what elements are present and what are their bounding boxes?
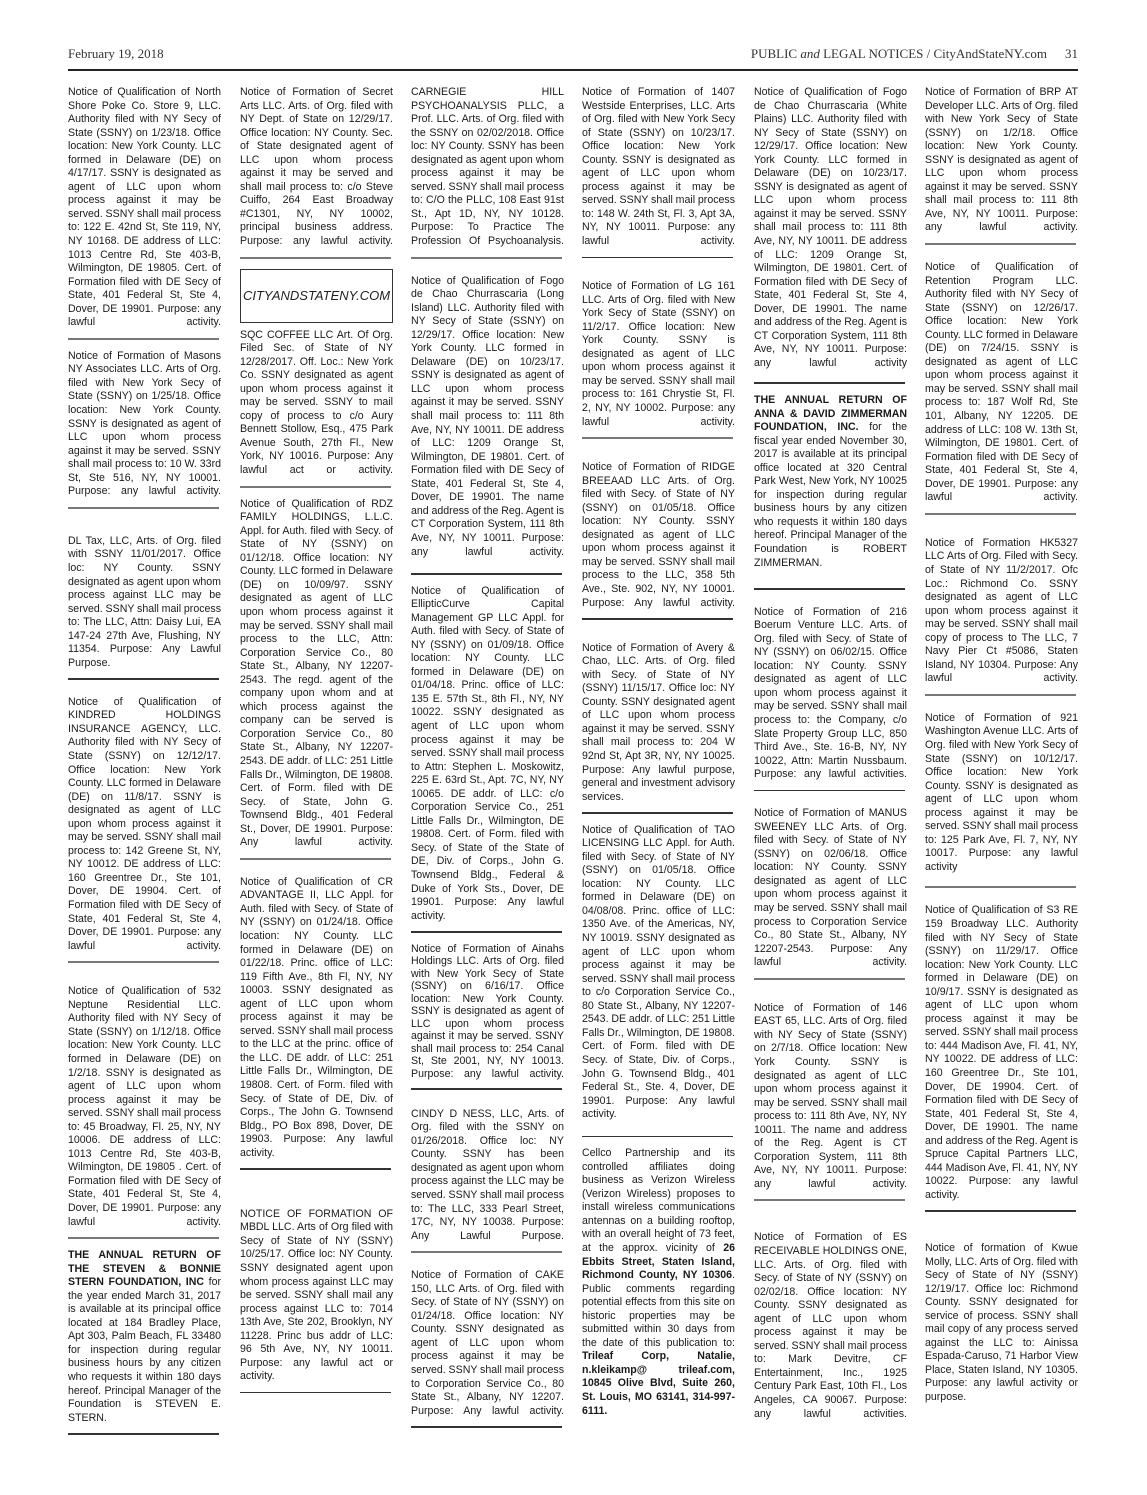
column-4: Notice of Formation of 1407 Westside Ent… — [582, 86, 735, 1418]
notice-body: Cellco Partnership and its controlled af… — [582, 1147, 735, 1254]
legal-notice-verizon: Cellco Partnership and its controlled af… — [582, 1147, 735, 1418]
divider — [754, 1199, 905, 1201]
divider — [925, 886, 1076, 888]
legal-notice: Notice of Formation of 921 Washington Av… — [925, 712, 1078, 875]
divider — [68, 961, 219, 963]
section-title-part: PUBLIC — [751, 46, 800, 61]
legal-notice: Notice of Formation of 146 EAST 65, LLC.… — [754, 1002, 907, 1192]
legal-notice: Notice of Formation of Masons NY Associa… — [68, 350, 221, 499]
legal-notice-foundation: THE ANNUAL RETURN OF THE STEVEN & BONNIE… — [68, 1249, 221, 1425]
legal-notice: SQC COFFEE LLC Art. Of Org. Filed Sec. o… — [240, 329, 393, 478]
divider — [582, 1136, 733, 1138]
divider — [411, 1426, 562, 1428]
divider — [754, 790, 905, 792]
legal-notice: Notice of Formation of MANUS SWEENEY LLC… — [754, 807, 907, 970]
legal-notice: Notice of Formation of RIDGE BREEAAD LLC… — [582, 461, 735, 610]
divider — [240, 1168, 391, 1170]
legal-notice: Notice of Formation of Ainahs Holdings L… — [411, 943, 564, 1081]
notice-heading: THE ANNUAL RETURN OF THE STEVEN & BONNIE… — [68, 1249, 221, 1288]
divider — [411, 1088, 562, 1090]
legal-notice: Notice of Qualification of KINDRED HOLDI… — [68, 696, 221, 953]
issue-date: February 19, 2018 — [68, 46, 164, 62]
divider — [240, 486, 391, 488]
divider — [240, 257, 391, 259]
legal-notice: CARNEGIE HILL PSYCHOANALYSIS PLLC, a Pro… — [411, 86, 564, 249]
legal-notice: Notice of Formation of ES RECEIVABLE HOL… — [754, 1231, 907, 1421]
legal-notice: Notice of Formation of BRP AT Developer … — [925, 86, 1078, 235]
notices-columns: Notice of Qualification of North Shore P… — [68, 86, 1084, 1486]
divider — [754, 978, 905, 980]
legal-notice-foundation: THE ANNUAL RETURN OF ANNA & DAVID ZIMMER… — [754, 394, 907, 570]
divider — [411, 257, 562, 259]
divider — [411, 1251, 562, 1253]
legal-notice: Notice of Formation of 216 Boerum Ventur… — [754, 606, 907, 782]
divider — [240, 1392, 391, 1394]
divider — [411, 931, 562, 933]
legal-notice: Notice of Formation of LG 161 LLC. Arts … — [582, 280, 735, 429]
divider — [754, 382, 905, 384]
divider — [582, 812, 733, 814]
divider — [240, 858, 391, 860]
legal-notice: Notice of Qualification of S3 RE 159 Bro… — [925, 904, 1078, 1202]
divider — [582, 257, 733, 259]
legal-notice: Notice of Qualification of EllipticCurve… — [411, 585, 564, 924]
divider — [68, 338, 219, 340]
divider — [925, 1210, 1076, 1212]
section-title-part: LEGAL NOTICES / CityAndStateNY.com — [820, 46, 1047, 61]
divider — [411, 573, 562, 575]
column-5: Notice of Qualification of Fogo de Chao … — [754, 86, 907, 1421]
legal-notice: Notice of Qualification of TAO LICENSING… — [582, 824, 735, 1122]
legal-notice: Notice of Qualification of 532 Neptune R… — [68, 985, 221, 1229]
legal-notice: Notice of Qualification of Fogo de Chao … — [411, 275, 564, 559]
column-3: CARNEGIE HILL PSYCHOANALYSIS PLLC, a Pro… — [411, 86, 564, 1438]
header-divider — [68, 69, 1078, 71]
divider — [754, 588, 905, 590]
page-number: 31 — [1065, 46, 1078, 61]
column-6: Notice of Formation of BRP AT Developer … — [925, 86, 1078, 1405]
legal-notice: Notice of Formation of 1407 Westside Ent… — [582, 86, 735, 249]
divider — [925, 513, 1076, 515]
divider — [925, 694, 1076, 696]
legal-notice: NOTICE OF FORMATION OF MBDL LLC. Arts of… — [240, 1208, 393, 1384]
legal-notice: Notice of formation of Kwue Molly, LLC. … — [925, 1242, 1078, 1405]
divider — [68, 678, 219, 680]
legal-notice: Notice of Qualification of RDZ FAMILY HO… — [240, 498, 393, 850]
divider — [68, 507, 219, 509]
divider — [925, 243, 1076, 245]
contact-info: Trileaf Corp, Natalie, n.kleikamp@ trile… — [582, 1350, 735, 1416]
legal-notice: Notice of Qualification of Fogo de Chao … — [754, 86, 907, 370]
legal-notice: DL Tax, LLC, Arts. of Org. filed with SS… — [68, 535, 221, 670]
legal-notice: Notice of Formation HK5327 LLC Arts of O… — [925, 537, 1078, 686]
divider — [68, 1237, 219, 1239]
legal-notice: Notice of Formation of CAKE 150, LLC Art… — [411, 1269, 564, 1418]
divider — [68, 1433, 219, 1435]
notice-body: for the fiscal year ended November 30, 2… — [754, 421, 907, 568]
section-title-and: and — [800, 46, 820, 61]
legal-notice: Notice of Qualification of CR ADVANTAGE … — [240, 876, 393, 1160]
legal-notice: Notice of Formation of Avery & Chao, LLC… — [582, 642, 735, 805]
legal-notice: Notice of Qualification of North Shore P… — [68, 86, 221, 330]
legal-notice: Notice of Qualification of Retention Pro… — [925, 261, 1078, 505]
website-ad-box: CITYANDSTATENY.COM — [240, 269, 393, 323]
notice-body: for the year ended March 31, 2017 is ava… — [68, 1276, 221, 1423]
divider — [582, 618, 733, 620]
section-title: PUBLIC and LEGAL NOTICES / CityAndStateN… — [751, 46, 1078, 62]
column-2: Notice of Formation of Secret Arts LLC. … — [240, 86, 393, 1403]
legal-notice: CINDY D NESS, LLC, Arts. of Org. filed w… — [411, 1108, 564, 1243]
legal-notice: Notice of Formation of Secret Arts LLC. … — [240, 86, 393, 249]
column-1: Notice of Qualification of North Shore P… — [68, 86, 221, 1445]
page-header: February 19, 2018 PUBLIC and LEGAL NOTIC… — [68, 46, 1078, 70]
divider — [582, 437, 733, 439]
